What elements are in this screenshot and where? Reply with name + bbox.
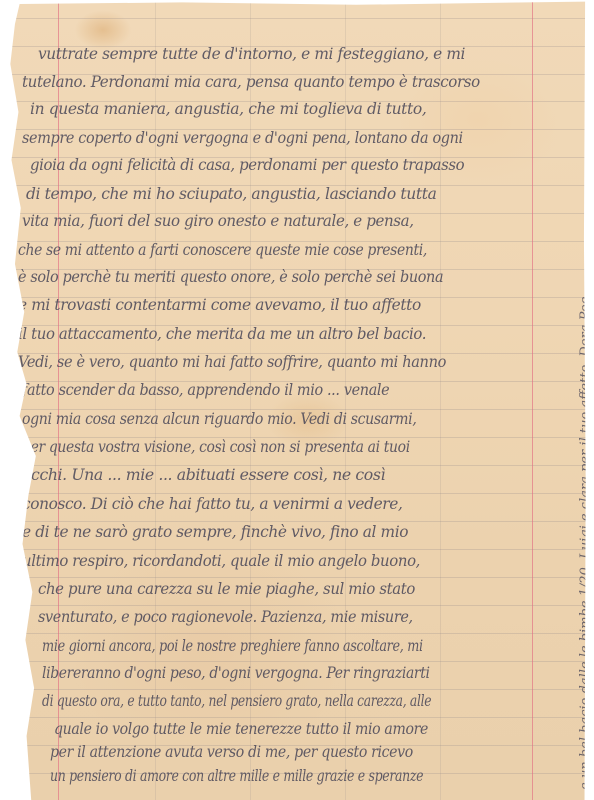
letter-line: sempre coperto d'ogni vergogna e d'ogni … — [22, 128, 463, 147]
letter-line: ogni mia cosa senza alcun riguardo mio. … — [22, 409, 416, 428]
letter-line: il tuo attaccamento, che merita da me un… — [18, 324, 426, 343]
letter-line: e mi trovasti contentarmi come avevamo, … — [18, 295, 421, 314]
ruled-line — [8, 605, 588, 606]
letter-line: per questa vostra visione, così così non… — [22, 437, 410, 456]
letter-line: di questo ora, e tutto tanto, nel pensie… — [42, 691, 431, 710]
letter-line: vuttrate sempre tutte de d'intorno, e mi… — [38, 44, 465, 63]
letter-paper: vuttrate sempre tutte de d'intorno, e mi… — [8, 0, 588, 800]
ruled-line — [8, 689, 588, 690]
letter-line: gioia da ogni felicità di casa, perdonam… — [30, 155, 464, 174]
ruled-line — [8, 661, 588, 662]
letter-line: mie giorni ancora, poi le nostre preghie… — [42, 636, 423, 655]
letter-line: Vedi, se è vero, quanto mi hai fatto sof… — [18, 352, 446, 371]
letter-line: fatto scender da basso, apprendendo il m… — [22, 380, 389, 399]
letter-line: che se mi attento a farti conoscere ques… — [18, 240, 427, 259]
ruled-line — [8, 717, 588, 718]
letter-line: sventurato, e poco ragionevole. Pazienza… — [38, 607, 413, 626]
letter-line: occhi. Una ... mie ... abituati essere c… — [22, 465, 385, 484]
letter-line: di tempo, che mi ho sciupato, angustia, … — [26, 184, 436, 203]
letter-line: conosco. Di ciò che hai fatto tu, a veni… — [22, 494, 402, 513]
column-line — [440, 0, 441, 800]
letter-line: è solo perchè tu meriti questo onore, è … — [18, 267, 443, 286]
right-margin-line — [532, 0, 533, 800]
letter-line: in questa maniera, angustia, che mi togl… — [30, 99, 426, 118]
letter-line: che pure una carezza su le mie piaghe, s… — [38, 579, 415, 598]
letter-line: per il attenzione avuta verso di me, per… — [50, 742, 413, 761]
letter-line: ultimo respiro, ricordandoti, quale il m… — [22, 551, 420, 570]
ruled-line — [8, 577, 588, 578]
letter-line: tutelano. Perdonami mia cara, pensa quan… — [22, 72, 480, 91]
letter-line: e di te ne sarò grato sempre, finchè viv… — [22, 522, 408, 541]
ruled-line — [8, 549, 588, 550]
letter-line: quale io volgo tutte le mie tenerezze tu… — [54, 719, 428, 738]
margin-note: e un bel bacio dalle le bimbe 1/20, Luig… — [578, 284, 593, 790]
letter-line: libereranno d'ogni peso, d'ogni vergogna… — [42, 663, 430, 682]
ruled-line — [8, 633, 588, 634]
letter-line: vita mia, fuori del suo giro onesto e na… — [22, 211, 414, 230]
letter-line: un pensiero di amore con altre mille e m… — [50, 766, 423, 785]
ruled-line — [8, 18, 588, 19]
